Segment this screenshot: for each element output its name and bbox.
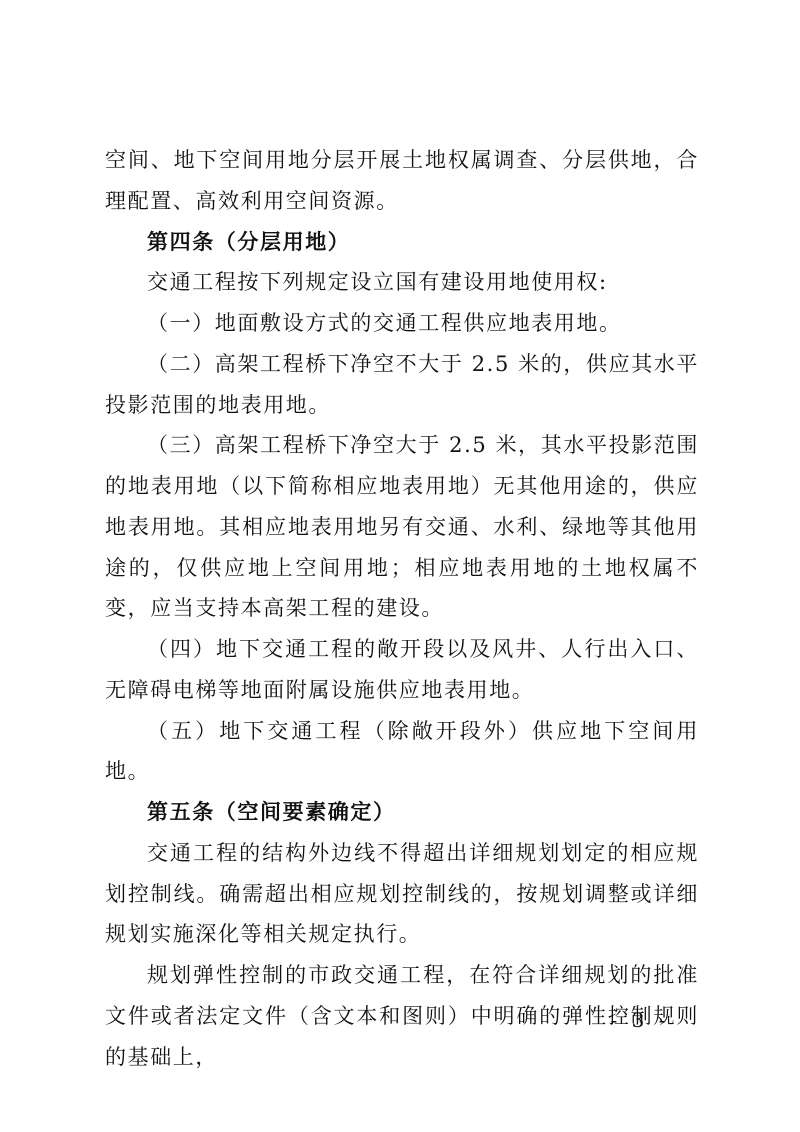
document-page: 空间、地下空间用地分层开展土地权属调查、分层供地，合理配置、高效利用空间资源。 … [0,0,800,1132]
article-4-item-3: （三）高架工程桥下净空大于 2.5 米，其水平投影范围的地表用地（以下简称相应地… [105,425,699,629]
article-4-item-1: （一）地面敷设方式的交通工程供应地表用地。 [105,303,699,344]
article-4-item-4: （四）地下交通工程的敞开段以及风井、人行出入口、无障碍电梯等地面附属设施供应地表… [105,629,699,711]
page-number: - 3 - [600,1008,680,1032]
article-4-heading: 第四条（分层用地） [105,222,699,263]
article-5-paragraph-1: 交通工程的结构外边线不得超出详细规划划定的相应规划控制线。确需超出相应规划控制线… [105,833,699,955]
article-4-item-2: （二）高架工程桥下净空不大于 2.5 米的，供应其水平投影范围的地表用地。 [105,344,699,426]
article-4-item-5: （五）地下交通工程（除敞开段外）供应地下空间用地。 [105,711,699,793]
article-5-heading: 第五条（空间要素确定） [105,792,699,833]
article-4-intro: 交通工程按下列规定设立国有建设用地使用权: [105,262,699,303]
document-body: 空间、地下空间用地分层开展土地权属调查、分层供地，合理配置、高效利用空间资源。 … [105,140,699,1077]
paragraph-continuation: 空间、地下空间用地分层开展土地权属调查、分层供地，合理配置、高效利用空间资源。 [105,140,699,222]
